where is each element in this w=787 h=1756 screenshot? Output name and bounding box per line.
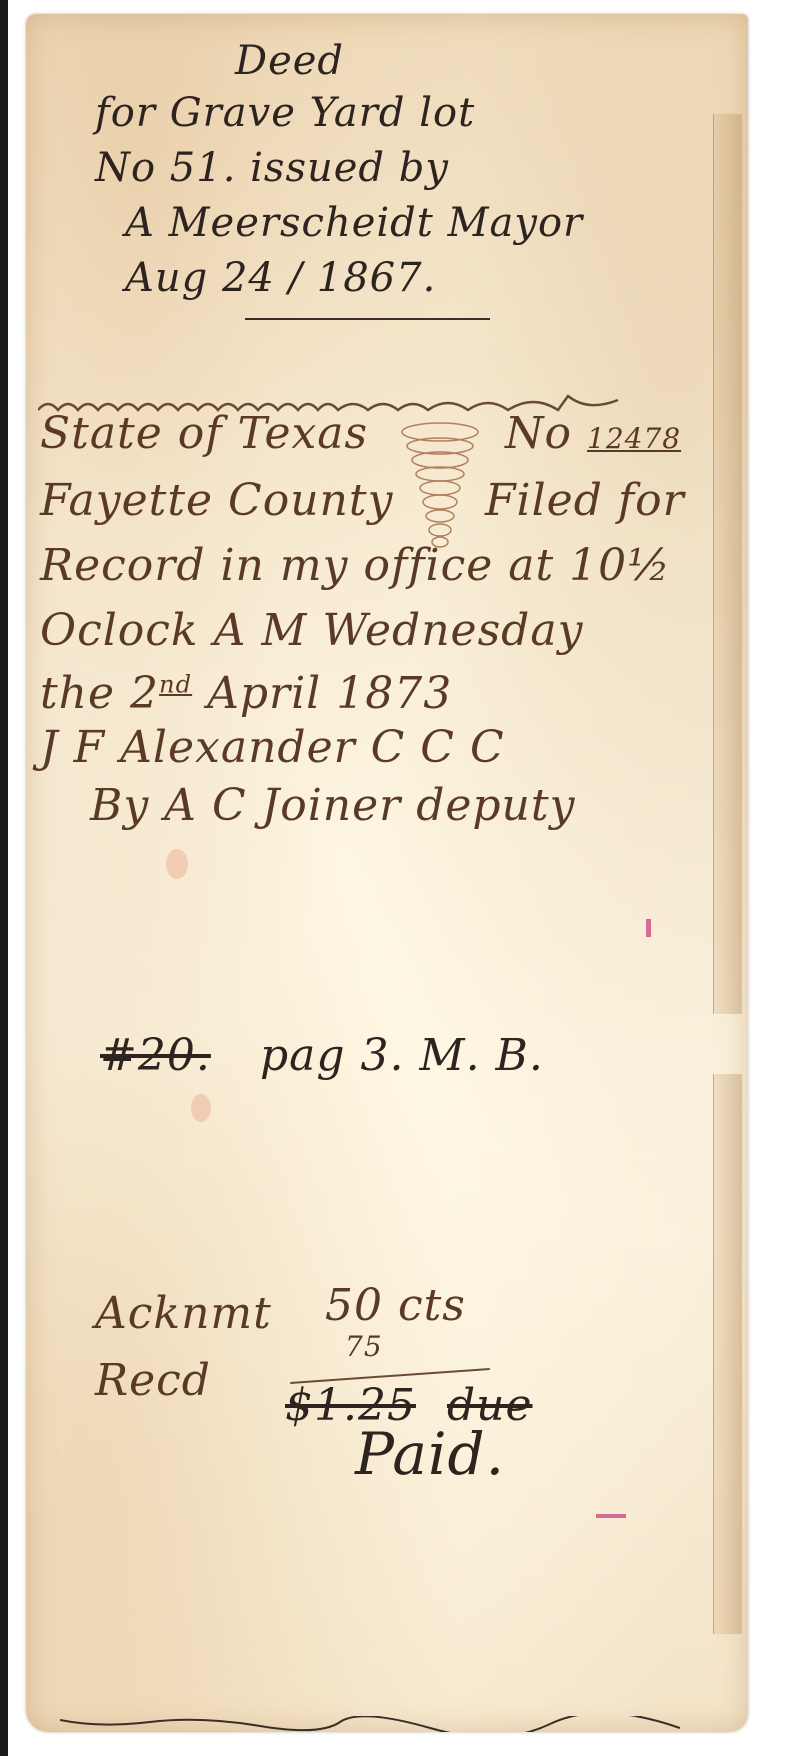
ink-stain <box>166 849 188 879</box>
heading-grave-yard-lot: for Grave Yard lot <box>95 90 475 136</box>
ink-stain <box>191 1094 211 1122</box>
paper-fold <box>713 1074 742 1634</box>
received-amount-above: 75 <box>345 1330 383 1363</box>
deputy-signature: By A C Joiner deputy <box>90 780 575 831</box>
clerk-signature: J F Alexander C C C <box>40 722 505 773</box>
heading-date: Aug 24 / 1867. <box>125 255 436 301</box>
number-label: No <box>505 408 572 459</box>
struck-amount: #20. <box>100 1030 211 1081</box>
state-label: State of Texas <box>40 408 368 459</box>
acknowledgment-label: Acknmt <box>95 1288 272 1339</box>
torn-edge <box>60 1716 680 1732</box>
record-number: 12478 <box>587 422 681 455</box>
pink-mark <box>596 1514 626 1518</box>
heading-deed: Deed <box>235 38 344 84</box>
scan-edge <box>0 0 8 1756</box>
filing-date: the 2nd April 1873 <box>40 668 452 719</box>
pink-mark <box>646 919 651 937</box>
filed-for-label: Filed for <box>485 475 685 526</box>
received-label: Recd <box>95 1355 211 1406</box>
clock-line: Oclock A M Wednesday <box>40 605 583 656</box>
heading-underline <box>245 318 490 320</box>
record-number-label: No 12478 <box>505 408 681 459</box>
date-day: the 2 <box>40 668 159 719</box>
date-month-year: April 1873 <box>207 668 452 719</box>
heading-lot-number: No 51. issued by <box>95 145 449 191</box>
paper-fold <box>713 114 742 1014</box>
acknowledgment-fee: 50 cts <box>325 1280 466 1331</box>
seal-spiral <box>400 420 480 560</box>
heading-mayor: A Meerscheidt Mayor <box>125 200 583 246</box>
record-office-line: Record in my office at 10½ <box>40 540 671 591</box>
paid-stamp: Paid. <box>355 1420 505 1488</box>
reference-amount: #20. <box>100 1030 211 1081</box>
page-reference: pag 3. M. B. <box>260 1030 544 1081</box>
date-ordinal: nd <box>159 670 192 698</box>
county-label: Fayette County <box>40 475 393 526</box>
